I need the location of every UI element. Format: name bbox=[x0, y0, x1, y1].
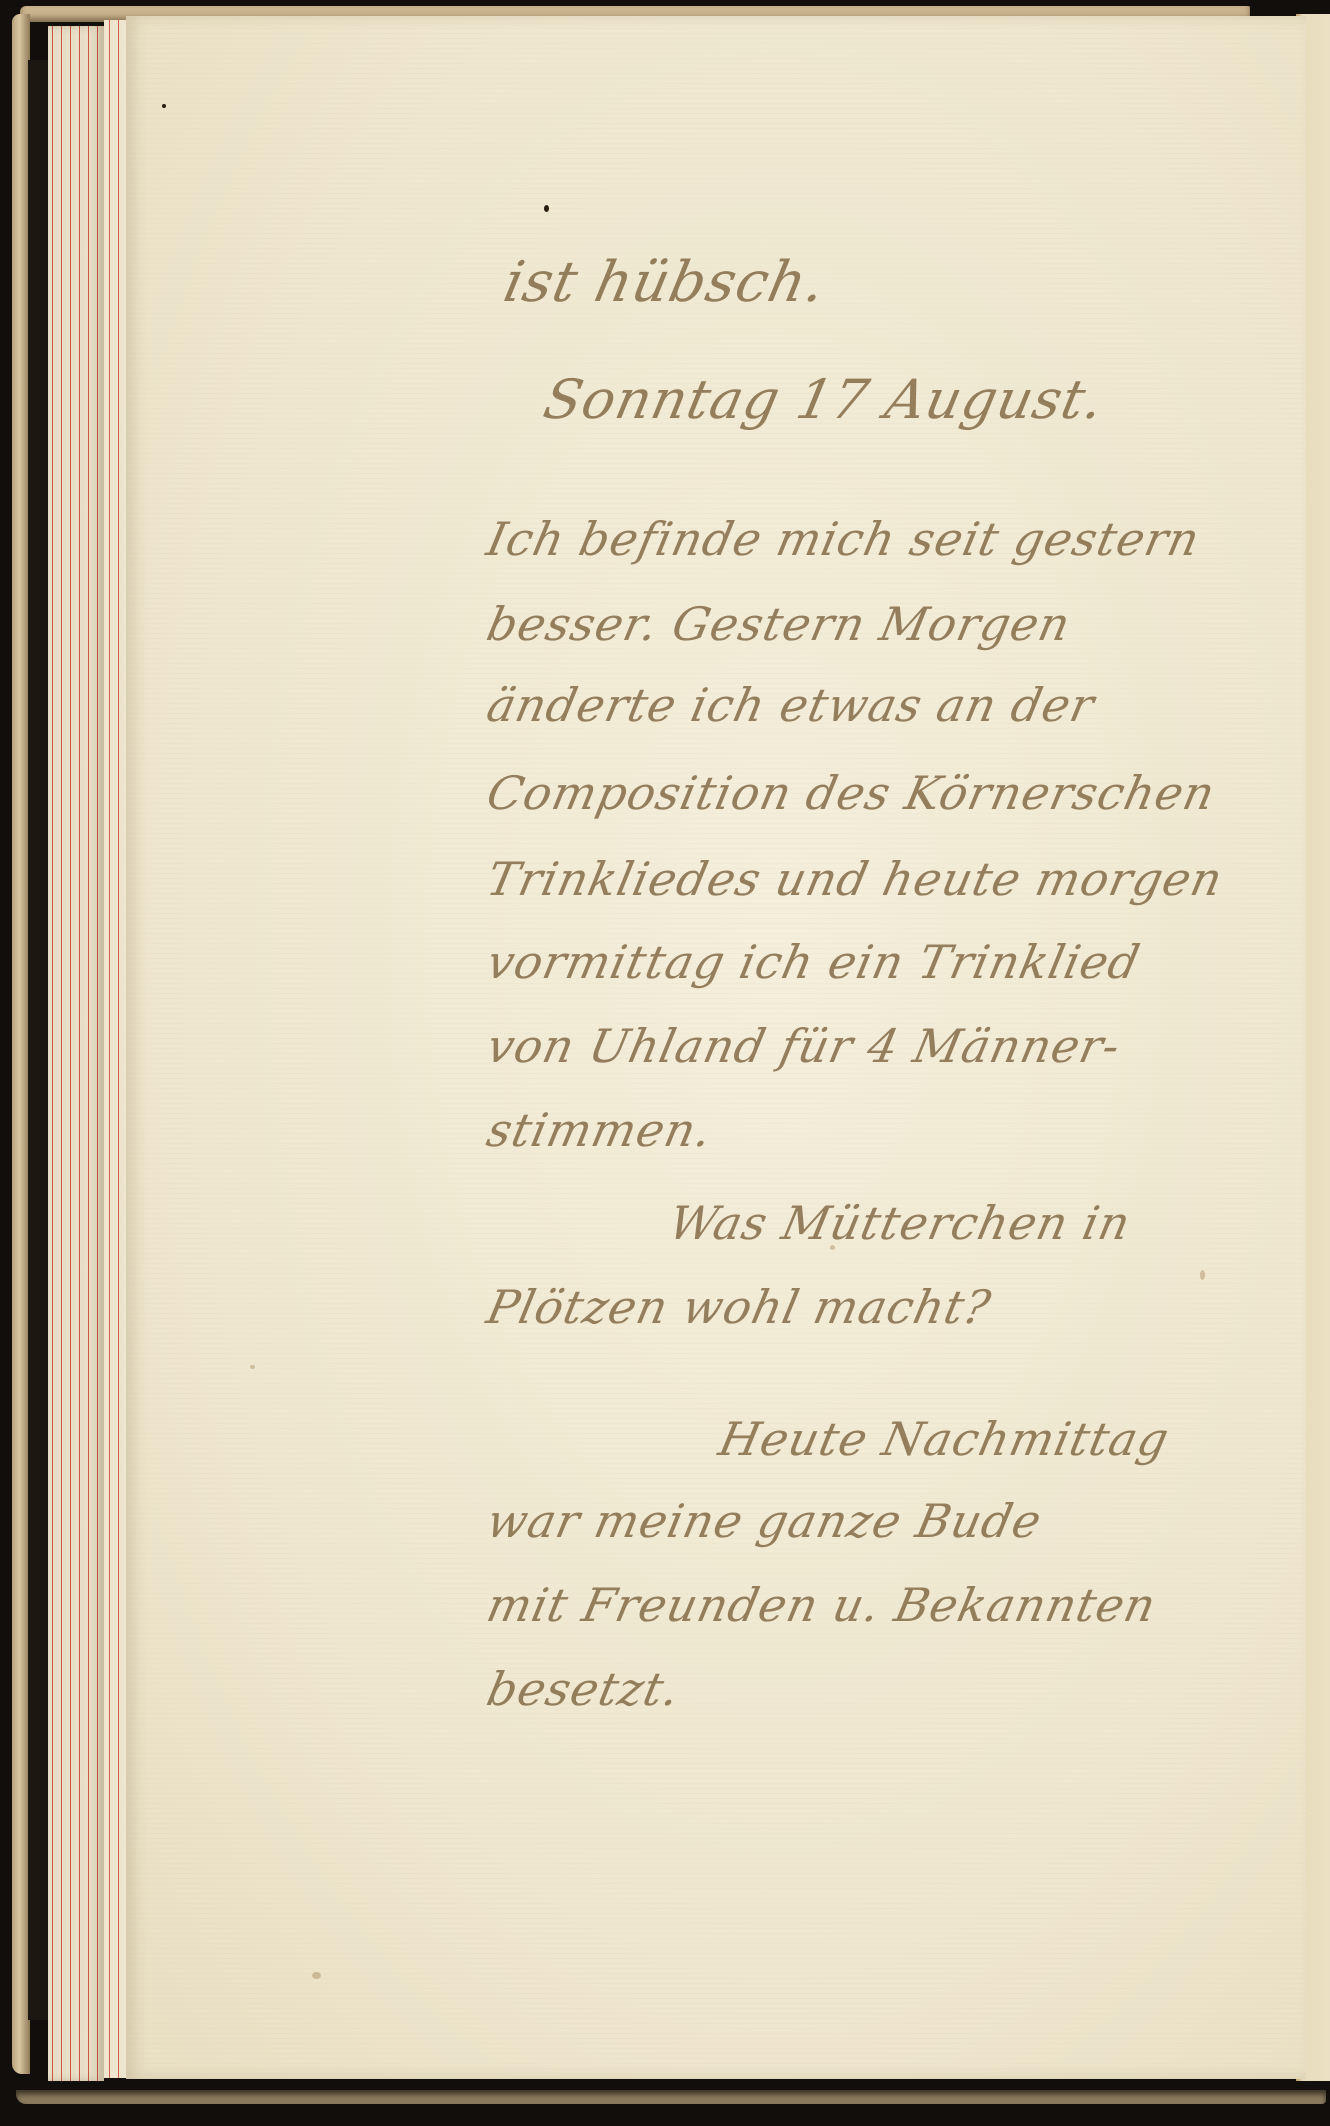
ink-speck bbox=[544, 205, 549, 212]
text-line: mit Freunden u. Bekannten bbox=[482, 1578, 1161, 1632]
text-line: vormittag ich ein Trinklied bbox=[482, 935, 1145, 989]
text-line: stimmen. bbox=[482, 1103, 717, 1157]
date-heading: Sonntag 17 August. bbox=[538, 368, 1110, 431]
text-line: Trinkliedes und heute morgen bbox=[482, 852, 1228, 906]
text-line: Heute Nachmittag bbox=[714, 1412, 1174, 1466]
handwritten-entry: ist hübsch. Sonntag 17 August. Ich befin… bbox=[0, 0, 1330, 2126]
ink-speck bbox=[162, 104, 166, 108]
text-line: war meine ganze Bude bbox=[482, 1494, 1047, 1548]
foxing-spot bbox=[312, 1972, 321, 1979]
text-line: besetzt. bbox=[482, 1662, 685, 1716]
text-line: besser. Gestern Morgen bbox=[482, 597, 1075, 651]
foxing-spot bbox=[830, 1245, 835, 1250]
carryover-fragment: ist hübsch. bbox=[498, 250, 832, 315]
foxing-spot bbox=[250, 1365, 255, 1369]
text-line: Composition des Körnerschen bbox=[482, 766, 1220, 820]
text-line: änderte ich etwas an der bbox=[482, 678, 1099, 732]
text-line: Ich befinde mich seit gestern bbox=[482, 512, 1205, 566]
text-line: Was Mütterchen in bbox=[664, 1196, 1136, 1250]
text-line: Plötzen wohl macht? bbox=[482, 1280, 996, 1334]
text-line: von Uhland für 4 Männer- bbox=[482, 1019, 1125, 1073]
foxing-spot bbox=[1200, 1270, 1205, 1280]
